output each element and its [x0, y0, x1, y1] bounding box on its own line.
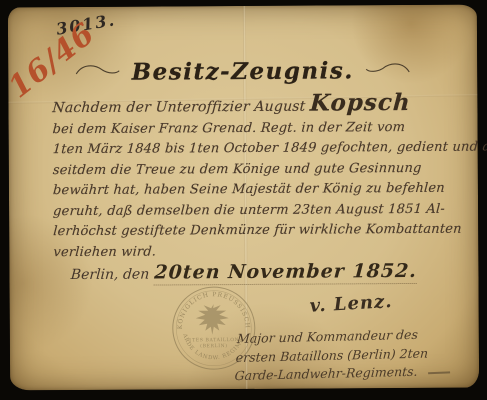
title-flourish-right-icon: [365, 59, 411, 81]
certificate-paper: 3013. 16/46 Besitz-Zeugnis. Nachdem der …: [8, 5, 479, 391]
document-title: Besitz-Zeugnis.: [132, 57, 354, 85]
certificate-body: Nachdem der Unteroffizier August Kopsch …: [52, 93, 444, 263]
title-row: Besitz-Zeugnis.: [8, 57, 477, 87]
recipient-surname: Kopsch: [309, 89, 411, 117]
signature-role-block: Major und Kommandeur des ersten Bataillo…: [234, 325, 468, 386]
body-opening-text: Nachdem der Unteroffizier August: [52, 99, 306, 117]
photo-background: 3013. 16/46 Besitz-Zeugnis. Nachdem der …: [0, 0, 487, 400]
seal-unit-line1: 1TES BATAILLON: [189, 337, 240, 343]
prussian-eagle-icon: [196, 304, 229, 335]
body-line: bei dem Kaiser Franz Grenad. Regt. in de…: [52, 117, 444, 140]
title-flourish-left-icon: [74, 61, 120, 83]
body-line: bewährt hat, haben Seine Majestät der Kö…: [52, 179, 444, 202]
date-place: Berlin, den: [70, 267, 149, 283]
body-line: geruht, daß demselben die unterm 23ten A…: [52, 199, 444, 222]
body-line: lerhöchst gestiftete Denkmünze für wirkl…: [53, 220, 445, 243]
date-row: Berlin, den 20ten November 1852.: [9, 260, 479, 285]
body-line: 1ten März 1848 bis 1ten October 1849 gef…: [52, 138, 444, 161]
signature-name: v. Lenz.: [309, 291, 393, 317]
body-line: Nachdem der Unteroffizier August Kopsch: [52, 93, 445, 120]
body-line: seitdem die Treue zu dem Könige und gute…: [52, 158, 444, 181]
